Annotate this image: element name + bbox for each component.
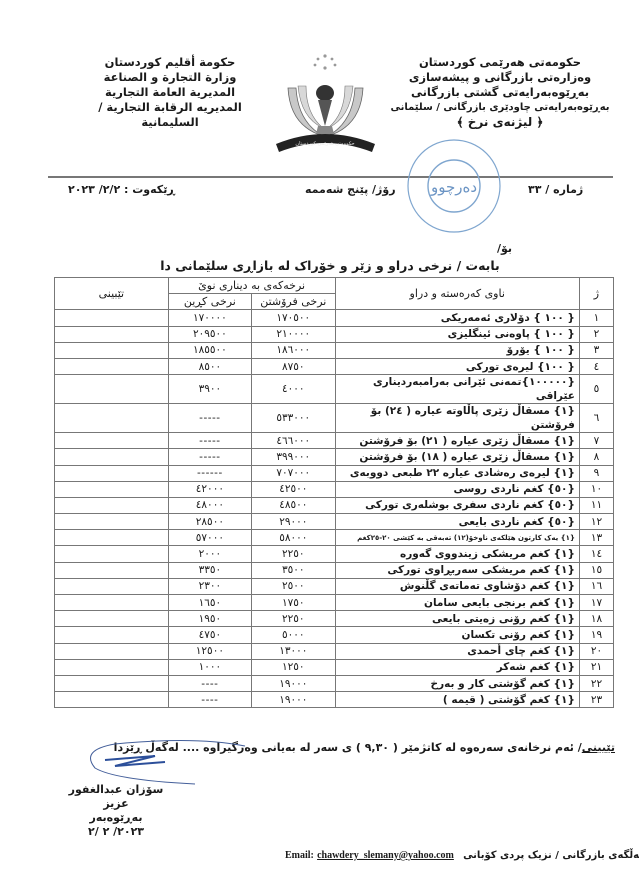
row-number: ٦ (579, 404, 613, 433)
letterhead-line: المديريه الرقابة التجارية / السليمانية (70, 100, 270, 130)
signatory-name: سۆزان عبدالغفور عزیز (66, 783, 166, 811)
buy-price: ٣٣٥٠ (168, 562, 251, 578)
item-name: {١} کغم دۆشاوی تەماتەی گڵنوش (335, 578, 579, 594)
footer: Email: chawdery_slemany@yahoo.com کۆمەڵگ… (285, 850, 639, 861)
sell-price: ٢٢٥٠ (252, 611, 336, 627)
item-name: {١} کغم شەکر (335, 659, 579, 675)
row-number: ٢١ (579, 659, 613, 675)
buy-price: ------ (168, 465, 251, 481)
table-row: ٢٢{١} کغم گۆشتی کار و بەرخ١٩٠٠٠---- (55, 675, 614, 691)
col-header-name: ناوی کەرەستە و دراو (335, 278, 579, 310)
table-row: ١٩{١} کغم رۆنی تکسان٥٠٠٠٤٧٥٠ (55, 627, 614, 643)
row-number: ١٨ (579, 611, 613, 627)
sell-price: ١٩٠٠٠ (252, 675, 336, 691)
row-number: ٢٣ (579, 692, 613, 708)
document-day: رۆژ/ پێنج شەممە (305, 183, 396, 196)
buy-price: ١٩٥٠ (168, 611, 251, 627)
item-note (55, 497, 169, 513)
item-name: {١} مسقاڵ زێری عیارە ( ١٨) بۆ فرۆشتن (335, 449, 579, 465)
footer-address: کۆمەڵگەی بازرگانی / نزیک پردی کۆبانی (463, 850, 639, 861)
row-number: ٨ (579, 449, 613, 465)
table-row: ١٣{١} یەک کارتون هێلکەی ناوخۆ(١٢) تەبەقی… (55, 530, 614, 546)
document-subject: بابەت / نرخی دراو و زێر و خۆراک لە بازاڕ… (110, 258, 550, 273)
col-header-price-group: نرخەکەی بە دیناری نوێ (168, 278, 335, 294)
row-number: ١٠ (579, 481, 613, 497)
kurdish-letterhead: حكومەتی هەرێمی كوردستان وەزارەتی بازرگان… (380, 55, 620, 130)
buy-price: ٣٩٠٠ (168, 375, 251, 404)
price-table: ژ ناوی کەرەستە و دراو نرخەکەی بە دیناری … (54, 277, 614, 708)
row-number: ٣ (579, 342, 613, 358)
sell-price: ١٣٠٠٠ (252, 643, 336, 659)
row-number: ٢٢ (579, 675, 613, 691)
letterhead-line: وزارة التجارة و الصناعة (70, 70, 270, 85)
row-number: ١١ (579, 497, 613, 513)
sell-price: ١٨٦٠٠٠ (252, 342, 336, 358)
table-row: ٩{١} لیرەی رەشادی عیارە ٢٢ طبعی دووبەی٧٠… (55, 465, 614, 481)
item-name: {١} کغم چای أحمدی (335, 643, 579, 659)
row-number: ١٥ (579, 562, 613, 578)
buy-price: ٢٠٠٠ (168, 546, 251, 562)
row-number: ١٣ (579, 530, 613, 546)
row-number: ١٩ (579, 627, 613, 643)
buy-price: ٢٨٥٠٠ (168, 514, 251, 530)
row-number: ١ (579, 310, 613, 326)
table-row: ٢{ ١٠٠ } پاوەنی ئینگلیزی٢١٠٠٠٠٢٠٩٥٠٠ (55, 326, 614, 342)
item-note (55, 310, 169, 326)
table-row: ١٥{١} کغم مریشکی سەربڕاوی تورکی٣٥٠٠٣٣٥٠ (55, 562, 614, 578)
buy-price: ٥٧٠٠٠ (168, 530, 251, 546)
buy-price: ----- (168, 433, 251, 449)
row-number: ٥ (579, 375, 613, 404)
letterhead-line: المديرية العامة التجارية (70, 85, 270, 100)
item-note (55, 643, 169, 659)
signature-date: ٢٠٢٣/ ٢ /٢ (66, 825, 166, 839)
committee-title: ﴿ لیژنەی نرخ ﴾ (380, 115, 620, 130)
row-number: ٩ (579, 465, 613, 481)
item-note (55, 578, 169, 594)
row-number: ١٦ (579, 578, 613, 594)
item-note (55, 530, 169, 546)
item-note (55, 433, 169, 449)
email-label: Email: (285, 850, 314, 861)
table-row: ٣{ ١٠٠ } یۆرۆ١٨٦٠٠٠١٨٥٥٠٠ (55, 342, 614, 358)
buy-price: ١٨٥٥٠٠ (168, 342, 251, 358)
table-row: ١٨{١} کغم رۆنی زەیتی بایعی٢٢٥٠١٩٥٠ (55, 611, 614, 627)
sell-price: ١٧٥٠ (252, 595, 336, 611)
buy-price: ٤٢٠٠٠ (168, 481, 251, 497)
item-name: { ١٠٠ } یۆرۆ (335, 342, 579, 358)
item-name: {١} مسقاڵ زێری عیارە ( ٢١) بۆ فرۆشتن (335, 433, 579, 449)
item-name: {١٠٠٠٠٠}تمەنی ئێرانی بەرامبەردیناری عێرا… (335, 375, 579, 404)
row-number: ٤ (579, 358, 613, 374)
table-row: ٤{ ١٠٠} لیرەی تورکی٨٧٥٠٨٥٠٠ (55, 358, 614, 374)
row-number: ٢٠ (579, 643, 613, 659)
item-name: {١} کغم رۆنی تکسان (335, 627, 579, 643)
sell-price: ٤٠٠٠ (252, 375, 336, 404)
sell-price: ٢٩٠٠٠ (252, 514, 336, 530)
item-name: {١} کغم برنجی بایعی سامان (335, 595, 579, 611)
buy-price: ١٢٥٠٠ (168, 643, 251, 659)
letterhead-line: وەزارەتی بازرگانی و پیشەسازی (380, 70, 620, 85)
buy-price: ٢٠٩٥٠٠ (168, 326, 251, 342)
item-name: {٥٠} کغم ناردی سفری بوشلەری تورکی (335, 497, 579, 513)
item-name: {١} کغم مریشکی سەربڕاوی تورکی (335, 562, 579, 578)
item-name: {١} یەک کارتون هێلکەی ناوخۆ(١٢) تەبەقی ب… (335, 530, 579, 546)
item-note (55, 342, 169, 358)
row-number: ٢ (579, 326, 613, 342)
item-note (55, 659, 169, 675)
table-row: ٢١{١} کغم شەکر١٢٥٠١٠٠٠ (55, 659, 614, 675)
sell-price: ٢٢٥٠ (252, 546, 336, 562)
signatory-title: بەڕێوەبەر (66, 811, 166, 825)
buy-price: ----- (168, 449, 251, 465)
table-row: ٦{١} مسقاڵ زێری پاڵاوتە عیارە ( ٢٤) بۆ ف… (55, 404, 614, 433)
header-divider (48, 176, 613, 178)
document-number: ژمارە / ٣٣ (528, 183, 583, 196)
item-note (55, 465, 169, 481)
item-name: {٥٠} کغم ناردی روسی (335, 481, 579, 497)
table-row: ١١{٥٠} کغم ناردی سفری بوشلەری تورکی٤٨٥٠٠… (55, 497, 614, 513)
svg-text:دەرچوو: دەرچوو (430, 178, 477, 196)
item-name: {١} کغم مریشکی زیندووی گەورە (335, 546, 579, 562)
item-note (55, 404, 169, 433)
item-note (55, 675, 169, 691)
table-row: ١٧{١} کغم برنجی بایعی سامان١٧٥٠١٦٥٠ (55, 595, 614, 611)
table-row: ٨{١} مسقاڵ زێری عیارە ( ١٨) بۆ فرۆشتن٣٩٩… (55, 449, 614, 465)
letterhead-line: بەڕێوەبەرایەتی گشتی بازرگانی (380, 85, 620, 100)
buy-price: ١٦٥٠ (168, 595, 251, 611)
item-note (55, 481, 169, 497)
table-row: ١٤{١} کغم مریشکی زیندووی گەورە٢٢٥٠٢٠٠٠ (55, 546, 614, 562)
table-row: ٢٠{١} کغم چای أحمدی١٣٠٠٠١٢٥٠٠ (55, 643, 614, 659)
sell-price: ٧٠٧٠٠٠ (252, 465, 336, 481)
row-number: ١٢ (579, 514, 613, 530)
svg-text:حكومەتی هەرێمی كوردستان: حكومەتی هەرێمی كوردستان (295, 141, 354, 147)
sell-price: ١٢٥٠ (252, 659, 336, 675)
official-stamp: دەرچوو (404, 136, 504, 236)
item-name: { ١٠٠ } پاوەنی ئینگلیزی (335, 326, 579, 342)
sell-price: ٥٨٠٠٠ (252, 530, 336, 546)
item-name: {٥٠} کغم ناردی بایعی (335, 514, 579, 530)
buy-price: ٤٨٠٠٠ (168, 497, 251, 513)
buy-price: ١٧٠٠٠٠ (168, 310, 251, 326)
table-row: ٢٣{١} کغم گۆشتی ( قیمە )١٩٠٠٠---- (55, 692, 614, 708)
item-note (55, 326, 169, 342)
item-note (55, 546, 169, 562)
item-name: {١} کغم گۆشتی ( قیمە ) (335, 692, 579, 708)
item-name: {١} کغم گۆشتی کار و بەرخ (335, 675, 579, 691)
row-number: ٧ (579, 433, 613, 449)
col-header-num: ژ (579, 278, 613, 310)
item-note (55, 449, 169, 465)
item-note (55, 375, 169, 404)
item-note (55, 627, 169, 643)
item-name: {١} مسقاڵ زێری پاڵاوتە عیارە ( ٢٤) بۆ فر… (335, 404, 579, 433)
item-note (55, 611, 169, 627)
letterhead-line: حكومة أقليم كوردستان (70, 55, 270, 70)
buy-price: ----- (168, 404, 251, 433)
sell-price: ٢١٠٠٠٠ (252, 326, 336, 342)
kurdistan-emblem-icon: حكومەتی هەرێمی كوردستان (268, 48, 383, 158)
col-header-note: تێبینی (55, 278, 169, 310)
col-header-buy: نرخی کڕین (168, 294, 251, 310)
signature-scribble (75, 738, 275, 788)
table-row: ٧{١} مسقاڵ زێری عیارە ( ٢١) بۆ فرۆشتن٤٦٦… (55, 433, 614, 449)
letterhead-line: بەڕێوەبەرایەتی چاودێری بازرگانی / سلێمان… (380, 100, 620, 115)
sell-price: ١٧٠٥٠٠ (252, 310, 336, 326)
buy-price: ---- (168, 692, 251, 708)
buy-price: ٨٥٠٠ (168, 358, 251, 374)
sell-price: ٢٥٠٠ (252, 578, 336, 594)
table-row: ١٢{٥٠} کغم ناردی بایعی٢٩٠٠٠٢٨٥٠٠ (55, 514, 614, 530)
footnote-label: تێبینی (582, 741, 615, 754)
recipient-label: بۆ/ (497, 242, 512, 255)
buy-price: ٢٣٠٠ (168, 578, 251, 594)
sell-price: ٤٢٥٠٠ (252, 481, 336, 497)
col-header-sell: نرخی فرۆشتن (252, 294, 336, 310)
table-row: ٥{١٠٠٠٠٠}تمەنی ئێرانی بەرامبەردیناری عێر… (55, 375, 614, 404)
buy-price: ٤٧٥٠ (168, 627, 251, 643)
letterhead-line: حكومەتی هەرێمی كوردستان (380, 55, 620, 70)
signature-block: سۆزان عبدالغفور عزیز بەڕێوەبەر ٢٠٢٣/ ٢ /… (66, 783, 166, 839)
sell-price: ٨٧٥٠ (252, 358, 336, 374)
row-number: ١٤ (579, 546, 613, 562)
item-note (55, 562, 169, 578)
sell-price: ٥٠٠٠ (252, 627, 336, 643)
arabic-letterhead: حكومة أقليم كوردستان وزارة التجارة و الص… (70, 55, 270, 130)
item-name: { ١٠٠} لیرەی تورکی (335, 358, 579, 374)
item-name: {١} لیرەی رەشادی عیارە ٢٢ طبعی دووبەی (335, 465, 579, 481)
table-row: ١٠{٥٠} کغم ناردی روسی٤٢٥٠٠٤٢٠٠٠ (55, 481, 614, 497)
item-note (55, 514, 169, 530)
sell-price: ٣٩٩٠٠٠ (252, 449, 336, 465)
sell-price: ٣٥٠٠ (252, 562, 336, 578)
item-note (55, 692, 169, 708)
item-note (55, 358, 169, 374)
buy-price: ١٠٠٠ (168, 659, 251, 675)
document-date: ڕێکەوت : ٢/٢/ ٢٠٢٣ (68, 183, 175, 196)
table-row: ١٦{١} کغم دۆشاوی تەماتەی گڵنوش٢٥٠٠٢٣٠٠ (55, 578, 614, 594)
sell-price: ٤٨٥٠٠ (252, 497, 336, 513)
sell-price: ٤٦٦٠٠٠ (252, 433, 336, 449)
row-number: ١٧ (579, 595, 613, 611)
table-row: ١{ ١٠٠ } دۆلاری ئەمەریکی١٧٠٥٠٠١٧٠٠٠٠ (55, 310, 614, 326)
item-name: { ١٠٠ } دۆلاری ئەمەریکی (335, 310, 579, 326)
sell-price: ١٩٠٠٠ (252, 692, 336, 708)
buy-price: ---- (168, 675, 251, 691)
item-note (55, 595, 169, 611)
sell-price: ٥٣٣٠٠٠ (252, 404, 336, 433)
item-name: {١} کغم رۆنی زەیتی بایعی (335, 611, 579, 627)
email-link[interactable]: chawdery_slemany@yahoo.com (317, 850, 454, 861)
